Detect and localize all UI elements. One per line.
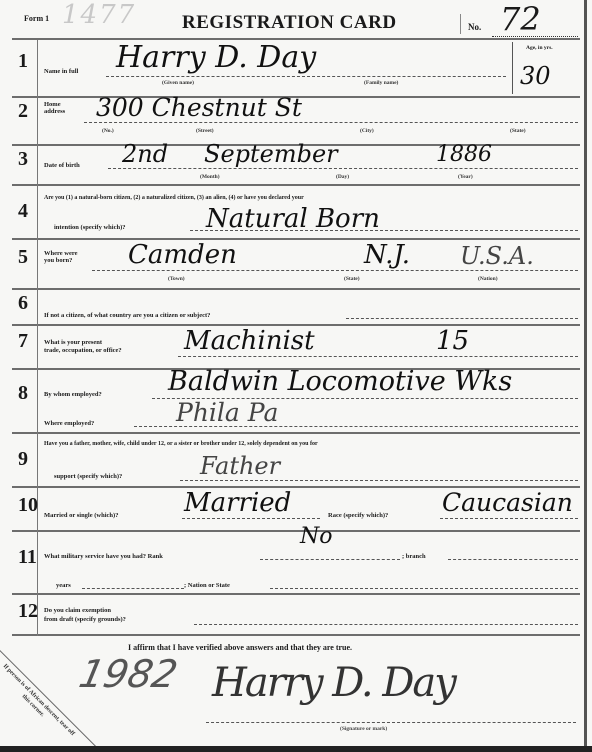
branch-label: ; branch (402, 553, 426, 560)
town-sublabel: (Town) (168, 276, 185, 282)
year-sublabel: (Year) (458, 174, 473, 180)
address-field-line (84, 122, 578, 123)
employment-place-label: Where employed? (44, 420, 94, 427)
nation-or-state-label: ; Nation or State (184, 582, 230, 589)
occupation-answer: Machinist (184, 326, 315, 356)
dependents-answer: Father (200, 452, 280, 480)
divider (12, 288, 580, 290)
month-sublabel: (Month) (200, 174, 220, 180)
dob-field-line (108, 168, 578, 169)
row-number: 2 (18, 100, 28, 123)
name-label: Name in full (44, 68, 78, 75)
branch-field-line (448, 559, 578, 560)
dependents-question-1: Have you a father, mother, wife, child u… (44, 441, 318, 448)
years-field-line (82, 588, 184, 589)
row-number: 7 (18, 330, 28, 353)
divider (12, 593, 580, 595)
occupation-label-1: What is your present (44, 339, 102, 346)
employer-label: By whom employed? (44, 391, 102, 398)
row-number: 12 (18, 600, 38, 623)
occupation-field-line (178, 356, 578, 357)
dependents-field-line (180, 480, 578, 481)
birthplace-label-2: you born? (44, 257, 72, 264)
row-number: 1 (18, 50, 28, 73)
city-sublabel: (City) (360, 128, 374, 134)
tear-off-corner-text: If person is of African descent, tear of… (0, 662, 77, 744)
form-label: Form 1 (24, 14, 49, 23)
signature-line (206, 722, 576, 723)
age-label: Age, in yrs. (526, 45, 553, 52)
nation-or-state-field-line (270, 588, 578, 589)
row-number: 3 (18, 148, 28, 171)
divider (12, 184, 580, 186)
occupation-label-2: trade, occupation, or office? (44, 347, 122, 354)
pencil-annotation: 1982 (75, 652, 181, 696)
birth-nation-answer: U.S.A. (460, 242, 534, 270)
rank-field-line (260, 559, 400, 560)
header-divider (460, 14, 461, 34)
birth-state-sublabel: (State) (344, 276, 360, 282)
employer-answer: Baldwin Locomotive Wks (168, 366, 512, 397)
affirmation-text: I affirm that I have verified above answ… (128, 643, 352, 652)
registration-card: Form 1 1477 REGISTRATION CARD No. 72 1 N… (0, 0, 592, 752)
citizenship-question-1: Are you (1) a natural-born citizen, (2) … (44, 195, 304, 202)
name-answer: Harry D. Day (116, 40, 316, 75)
signature-sublabel: (Signature or mark) (340, 726, 387, 732)
card-title: REGISTRATION CARD (182, 12, 397, 34)
birthplace-label-1: Where were (44, 250, 78, 257)
family-name-sublabel: (Family name) (364, 80, 398, 86)
row-number: 9 (18, 448, 28, 471)
citizenship-answer: Natural Born (206, 204, 380, 234)
citizen-of-question: If not a citizen, of what country are yo… (44, 312, 210, 319)
card-number: 72 (500, 0, 541, 38)
card-bottom-edge (0, 746, 592, 752)
military-service-answer: No (300, 524, 333, 549)
dob-year-answer: 1886 (436, 142, 492, 167)
row-number: 4 (18, 200, 28, 223)
card-right-edge (584, 0, 587, 752)
signature: Harry D. Day (212, 660, 455, 706)
home-address-label-2: address (44, 108, 65, 115)
card-number-line (492, 36, 578, 37)
race-label: Race (specify which)? (328, 512, 388, 519)
dob-label: Date of birth (44, 162, 80, 169)
row-number: 10 (18, 494, 38, 517)
nation-sublabel: (Nation) (478, 276, 498, 282)
divider (12, 238, 580, 240)
row-number: 11 (18, 546, 37, 569)
marital-status-label: Married or single (which)? (44, 512, 118, 519)
number-column-divider (37, 40, 38, 636)
exemption-field-line (194, 624, 578, 625)
dob-month-answer: September (204, 140, 338, 168)
address-answer: 300 Chestnut St (96, 93, 302, 122)
name-field-line (106, 76, 506, 77)
divider (12, 432, 580, 434)
citizenship-question-2: intention (specify which)? (54, 224, 126, 231)
years-label: years (56, 582, 71, 589)
dob-day-answer: 2nd (122, 140, 168, 168)
divider (12, 530, 580, 532)
no-sublabel: (No.) (102, 128, 114, 134)
exemption-label-1: Do you claim exemption (44, 607, 111, 614)
home-address-label-1: Home (44, 101, 61, 108)
citizen-of-field-line (346, 318, 578, 319)
age-column-divider (512, 42, 513, 94)
dependents-question-2: support (specify which)? (54, 473, 122, 480)
marital-status-answer: Married (184, 488, 291, 518)
exemption-label-2: from draft (specify grounds)? (44, 616, 126, 623)
given-name-sublabel: (Given name) (162, 80, 194, 86)
divider (12, 634, 580, 636)
row-number: 5 (18, 246, 28, 269)
age-answer: 30 (520, 62, 551, 90)
row-number: 8 (18, 382, 28, 405)
military-service-label: What military service have you had? Rank (44, 553, 163, 560)
card-number-label: No. (468, 22, 481, 32)
street-sublabel: (Street) (196, 128, 214, 134)
race-answer: Caucasian (442, 488, 573, 517)
marital-status-field-line (182, 518, 320, 519)
birth-town-answer: Camden (128, 240, 237, 270)
birth-state-answer: N.J. (364, 240, 410, 270)
race-field-line (440, 518, 578, 519)
state-sublabel: (State) (510, 128, 526, 134)
pencil-number: 1477 (62, 0, 136, 30)
row-number: 6 (18, 292, 28, 315)
employment-place-answer: Phila Pa (176, 398, 278, 427)
occupation-extra: 15 (436, 326, 469, 356)
birthplace-field-line (92, 270, 578, 271)
day-sublabel: (Day) (336, 174, 349, 180)
